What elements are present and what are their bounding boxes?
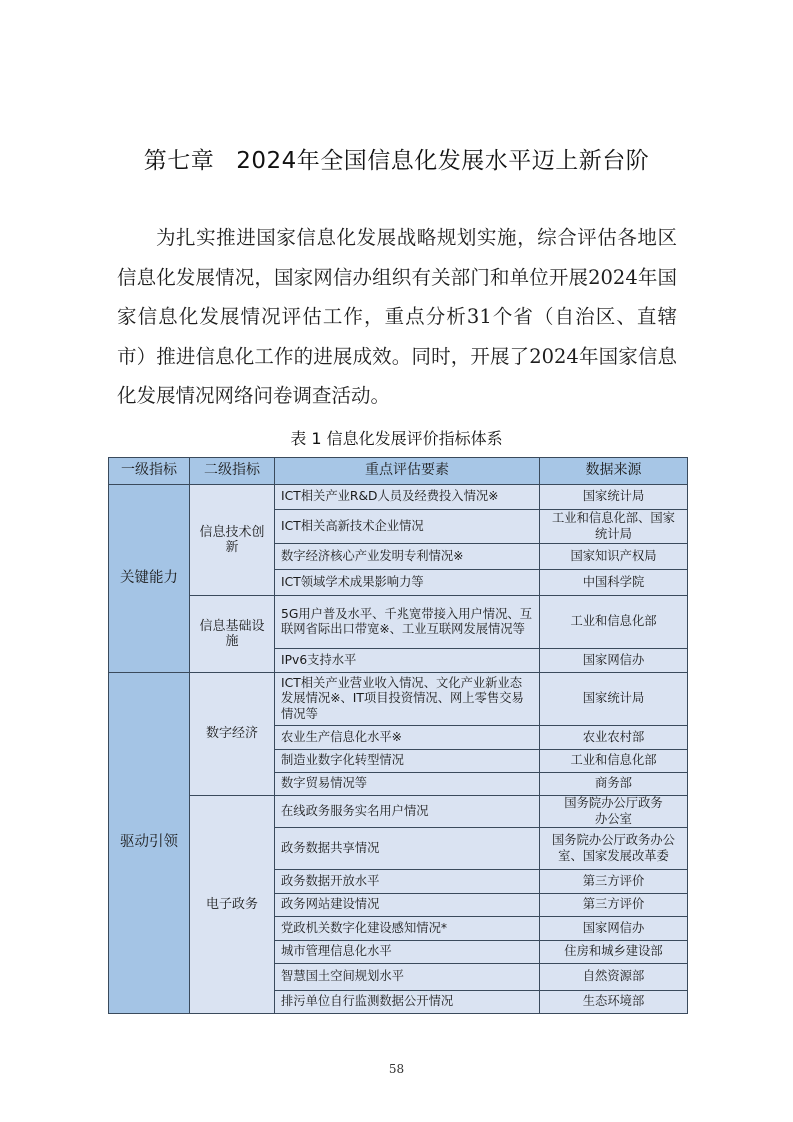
element-cell: ICT相关高新技术企业情况 [275,510,540,544]
source-cell: 国务院办公厅政务办公室、国家发展改革委 [540,828,688,870]
source-cell: 国务院办公厅政务办公室 [540,796,688,828]
source-cell: 工业和信息化部 [540,750,688,773]
intro-paragraph: 为扎实推进国家信息化发展战略规划实施，综合评估各地区信息化发展情况，国家网信办组… [117,218,677,416]
source-cell: 工业和信息化部 [540,596,688,649]
source-cell: 工业和信息化部、国家统计局 [540,510,688,544]
level2-digital-economy: 数字经济 [190,673,275,796]
level2-it-innovation: 信息技术创新 [190,485,275,596]
level2-e-government: 电子政务 [190,796,275,1014]
element-cell: 城市管理信息化水平 [275,941,540,964]
element-cell: ICT领域学术成果影响力等 [275,570,540,596]
source-cell: 中国科学院 [540,570,688,596]
element-cell: 党政机关数字化建设感知情况* [275,917,540,941]
source-cell: 第三方评价 [540,894,688,917]
source-cell: 国家网信办 [540,649,688,673]
element-cell: 数字经济核心产业发明专利情况※ [275,544,540,570]
header-element: 重点评估要素 [275,458,540,485]
page-number: 58 [0,1062,793,1076]
element-cell: 政务数据开放水平 [275,870,540,894]
level1-key-capability: 关键能力 [109,485,190,673]
source-cell: 第三方评价 [540,870,688,894]
element-cell: IPv6支持水平 [275,649,540,673]
chapter-title: 第七章2024年全国信息化发展水平迈上新台阶 [0,142,793,175]
element-cell: 5G用户普及水平、千兆宽带接入用户情况、互联网省际出口带宽※、工业互联网发展情况… [275,596,540,649]
header-level1: 一级指标 [109,458,190,485]
level2-info-infrastructure: 信息基础设施 [190,596,275,673]
indicator-table: 一级指标 二级指标 重点评估要素 数据来源 关键能力 信息技术创新 ICT相关产… [108,457,688,1014]
table-row: 驱动引领 数字经济 ICT相关产业营业收入情况、文化产业新业态发展情况※、IT项… [109,673,688,726]
source-cell: 国家统计局 [540,485,688,510]
header-source: 数据来源 [540,458,688,485]
source-cell: 农业农村部 [540,726,688,750]
element-cell: 在线政务服务实名用户情况 [275,796,540,828]
source-cell: 生态环境部 [540,991,688,1014]
source-cell: 国家统计局 [540,673,688,726]
element-cell: ICT相关产业R&D人员及经费投入情况※ [275,485,540,510]
table-row: 信息基础设施 5G用户普及水平、千兆宽带接入用户情况、互联网省际出口带宽※、工业… [109,596,688,649]
element-cell: ICT相关产业营业收入情况、文化产业新业态发展情况※、IT项目投资情况、网上零售… [275,673,540,726]
source-cell: 国家网信办 [540,917,688,941]
element-cell: 智慧国土空间规划水平 [275,964,540,991]
element-cell: 制造业数字化转型情况 [275,750,540,773]
source-cell: 住房和城乡建设部 [540,941,688,964]
intro-text: 为扎实推进国家信息化发展战略规划实施，综合评估各地区信息化发展情况，国家网信办组… [117,218,677,416]
element-cell: 数字贸易情况等 [275,773,540,796]
table-row: 电子政务 在线政务服务实名用户情况 国务院办公厅政务办公室 [109,796,688,828]
chapter-number: 第七章 [144,148,215,174]
element-cell: 排污单位自行监测数据公开情况 [275,991,540,1014]
table-caption: 表 1 信息化发展评价指标体系 [0,426,793,449]
header-level2: 二级指标 [190,458,275,485]
table-row: 关键能力 信息技术创新 ICT相关产业R&D人员及经费投入情况※ 国家统计局 [109,485,688,510]
source-cell: 国家知识产权局 [540,544,688,570]
element-cell: 政务网站建设情况 [275,894,540,917]
element-cell: 政务数据共享情况 [275,828,540,870]
table-header-row: 一级指标 二级指标 重点评估要素 数据来源 [109,458,688,485]
element-cell: 农业生产信息化水平※ [275,726,540,750]
chapter-heading: 2024年全国信息化发展水平迈上新台阶 [236,148,649,174]
level1-driving-leadership: 驱动引领 [109,673,190,1014]
source-cell: 商务部 [540,773,688,796]
source-cell: 自然资源部 [540,964,688,991]
